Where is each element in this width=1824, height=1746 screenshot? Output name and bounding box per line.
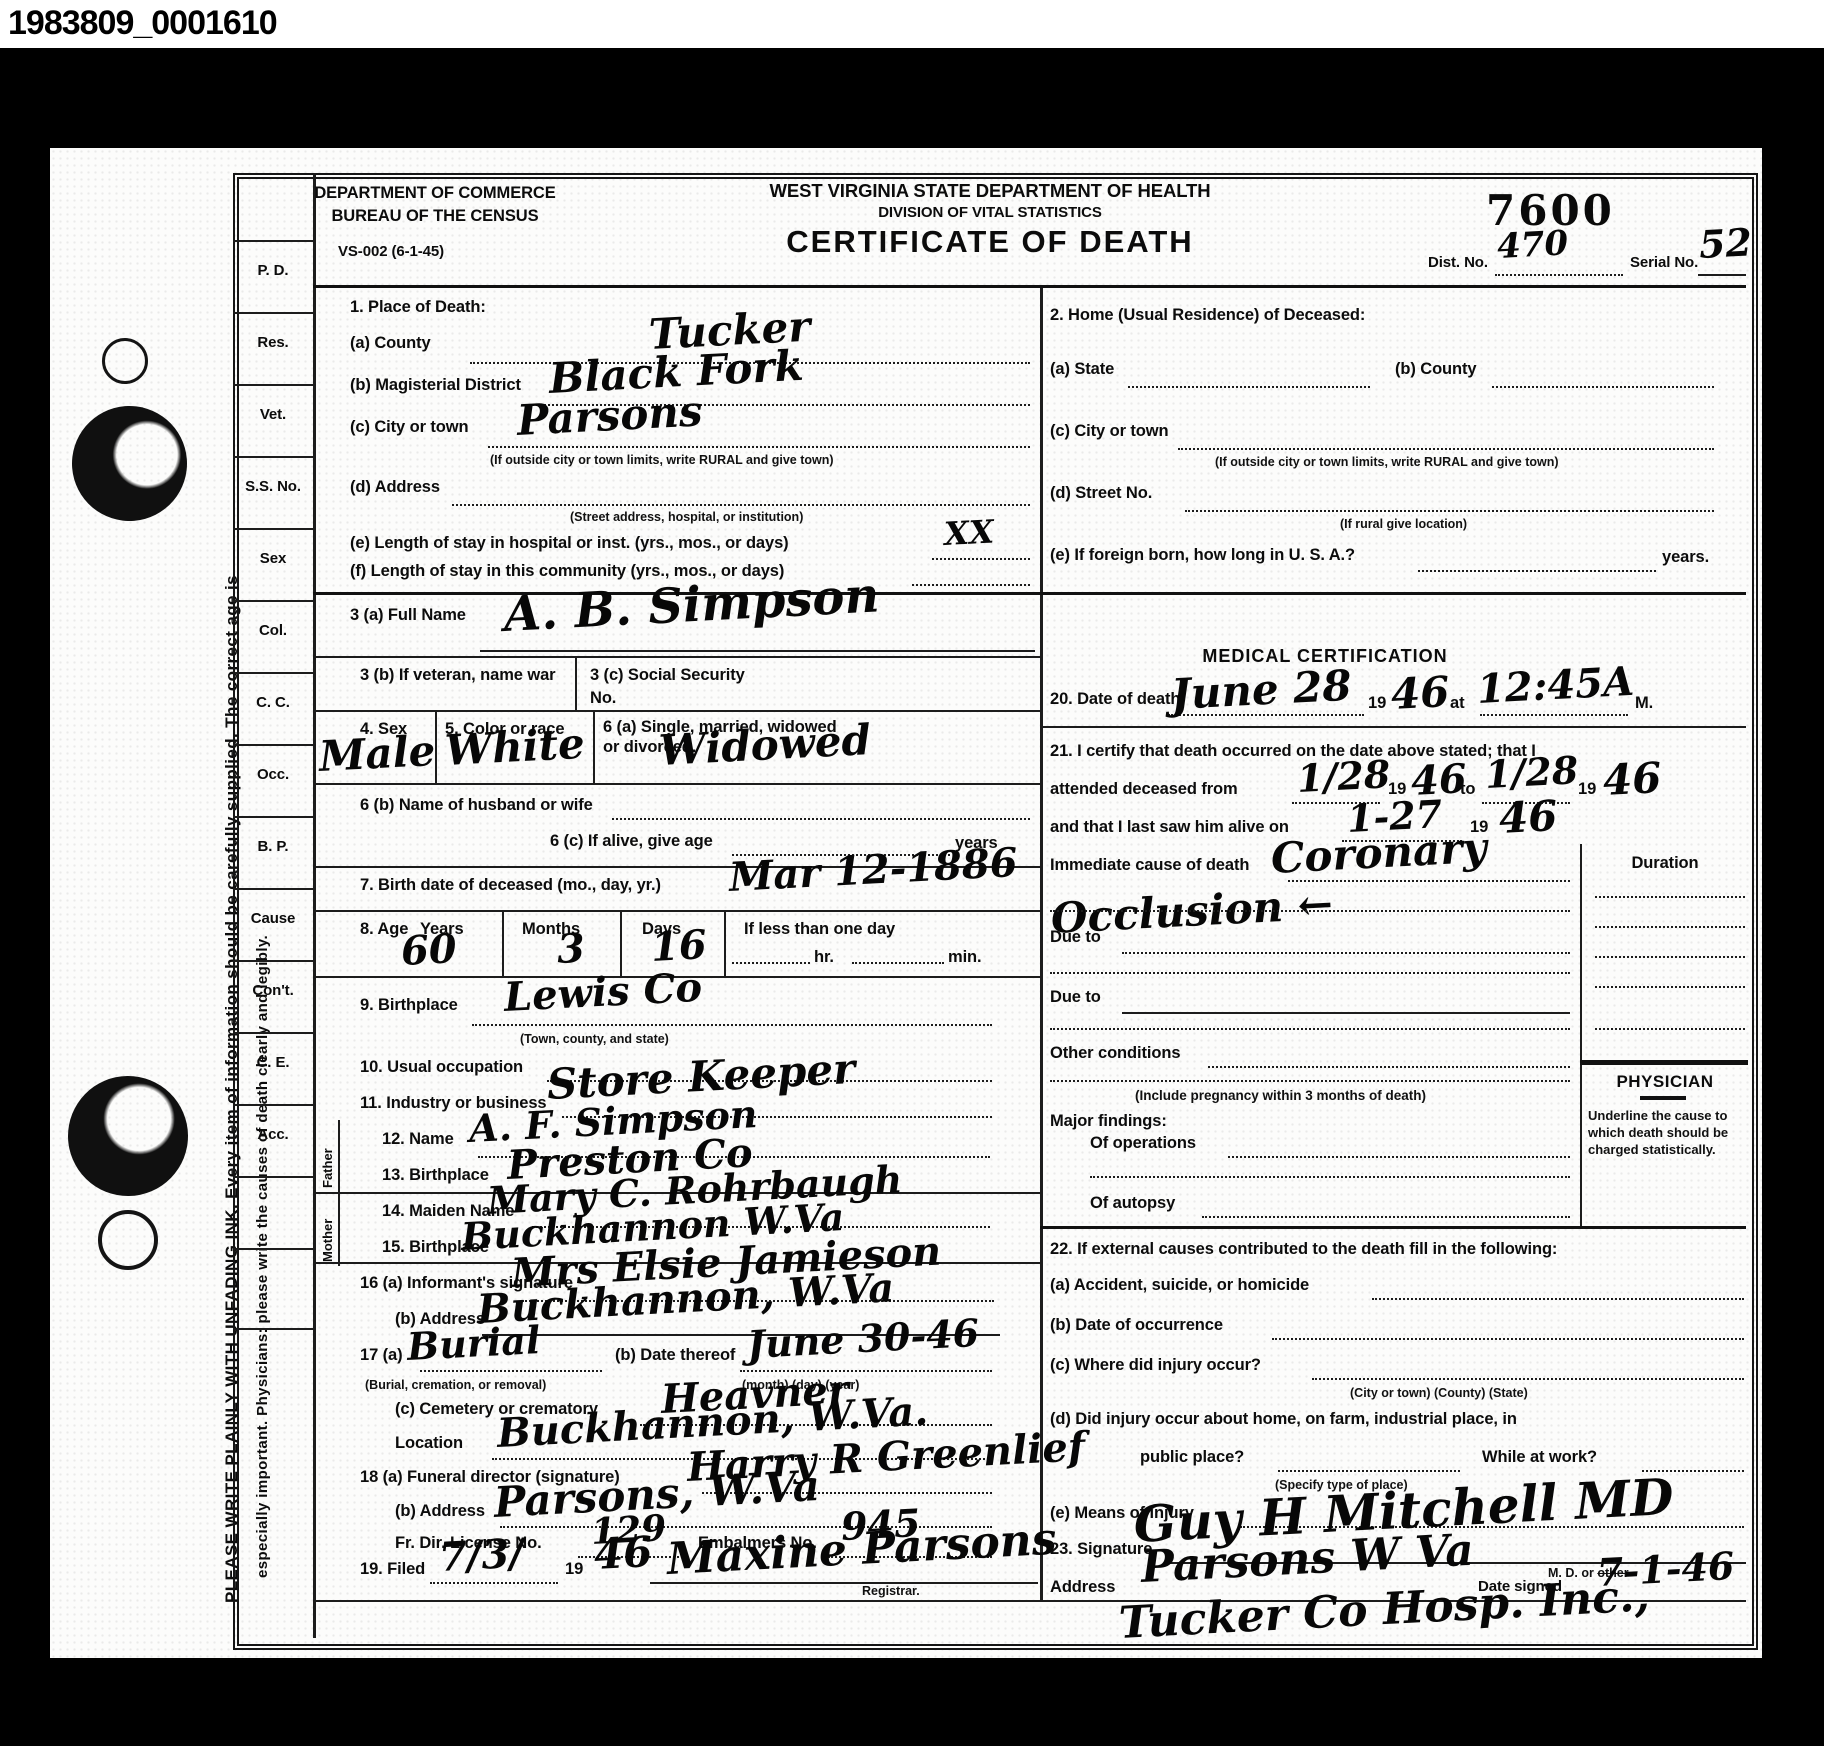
res-street-note: (If rural give location) — [1340, 517, 1467, 531]
other-conditions-line — [1208, 1066, 1570, 1068]
row-sep — [313, 710, 1040, 712]
where-injury-note: (City or town) (County) (State) — [1350, 1386, 1528, 1400]
serial-no-line — [1698, 274, 1746, 276]
external-heading: 22. If external causes contributed to th… — [1050, 1240, 1557, 1259]
where-injury-line — [1312, 1378, 1744, 1380]
age-hr-suffix: hr. — [814, 948, 834, 967]
autopsy-line — [1202, 1216, 1570, 1218]
certificate-page: PLEASE WRITE PLAINLY WITH UNFADING INK. … — [50, 148, 1762, 1658]
attended-to-label: to — [1460, 780, 1475, 799]
due-to-label: Due to — [1050, 928, 1101, 947]
cell-divider — [593, 710, 595, 783]
state-dept-line: WEST VIRGINIA STATE DEPARTMENT OF HEALTH — [610, 180, 1370, 201]
other-conditions-label: Other conditions — [1050, 1044, 1180, 1063]
pod-county-label: (a) County — [350, 334, 431, 353]
father-name-label: 12. Name — [382, 1130, 454, 1149]
father-birthplace-label: 13. Birthplace — [382, 1166, 489, 1185]
age-min-line — [852, 962, 944, 964]
spouse-age-label: 6 (c) If alive, give age — [550, 832, 713, 851]
side-label-sex: Sex — [233, 550, 313, 567]
accident-line — [1372, 1298, 1744, 1300]
pod-address-note: (Street address, hospital, or institutio… — [570, 510, 803, 524]
side-cell-line — [233, 528, 313, 530]
duration-blank-line — [1595, 986, 1745, 988]
birthplace-note: (Town, county, and state) — [520, 1032, 669, 1046]
full-name-line — [480, 650, 1035, 652]
res-county-line — [1492, 386, 1714, 388]
cemetery-location-label: Location — [395, 1434, 463, 1453]
dept-line2: BUREAU OF THE CENSUS — [270, 207, 600, 226]
age-years-value: 60 — [400, 931, 457, 970]
side-cell-line — [233, 1032, 313, 1034]
while-at-work-label: While at work? — [1482, 1448, 1597, 1467]
side-cell-line — [233, 456, 313, 458]
spouse-label: 6 (b) Name of husband or wife — [360, 796, 593, 815]
due-to2-label: Due to — [1050, 988, 1101, 1007]
side-label-ssno: S.S. No. — [233, 478, 313, 495]
race-value: White — [444, 725, 586, 770]
filed-label: 19. Filed — [360, 1560, 425, 1579]
duration-blank-line — [1595, 896, 1745, 898]
age-less-label: If less than one day — [744, 920, 895, 939]
serial-no-value: 52 — [1698, 225, 1753, 262]
pod-hospital-stay-line — [932, 558, 1030, 560]
pod-heading: 1. Place of Death: — [350, 298, 486, 317]
row-sep — [313, 656, 1040, 658]
side-cell-line — [233, 600, 313, 602]
pod-hospital-stay-value: XX — [943, 517, 994, 548]
age-min-suffix: min. — [948, 948, 982, 967]
side-label-pd: P. D. — [233, 262, 313, 279]
physician-heading: PHYSICIAN — [1580, 1072, 1750, 1092]
side-label-ce: C. E. — [233, 1054, 313, 1071]
cell-divider — [502, 910, 504, 976]
side-label-cause: Cause — [233, 910, 313, 927]
full-name-label: 3 (a) Full Name — [350, 606, 466, 625]
age-months-value: 3 — [556, 931, 586, 968]
main-column-divider — [1040, 285, 1043, 1600]
burial-type-value: Burial — [406, 1323, 541, 1364]
death-date-label: 20. Date of death — [1050, 690, 1180, 709]
filed-value: 7/3/ — [438, 1536, 525, 1576]
pregnancy-note: (Include pregnancy within 3 months of de… — [1135, 1088, 1426, 1104]
cause-line2 — [1050, 910, 1570, 912]
pod-city-note: (If outside city or town limits, write R… — [490, 453, 834, 467]
res-foreign-label: (e) If foreign born, how long in U. S. A… — [1050, 546, 1355, 565]
father-side-label: Father — [320, 1148, 335, 1188]
injury-place-label-line2: public place? — [1140, 1448, 1244, 1467]
side-cell-line — [233, 312, 313, 314]
res-city-note: (If outside city or town limits, write R… — [1215, 455, 1559, 469]
major-findings-label: Major findings: — [1050, 1112, 1167, 1131]
last-saw-label: and that I last saw him alive on — [1050, 818, 1289, 837]
death-date-value: June 28 — [1170, 667, 1352, 714]
side-cell-line — [233, 744, 313, 746]
physician-heading-underline — [1640, 1096, 1686, 1100]
division-line: DIVISION OF VITAL STATISTICS — [610, 204, 1370, 221]
side-label-cont: Con't. — [233, 982, 313, 999]
res-city-label: (c) City or town — [1050, 422, 1168, 441]
cause-label: Immediate cause of death — [1050, 856, 1249, 875]
side-cell-line — [233, 672, 313, 674]
res-heading: 2. Home (Usual Residence) of Deceased: — [1050, 306, 1365, 325]
pod-city-value: Parsons — [516, 392, 703, 439]
birthplace-label: 9. Birthplace — [360, 996, 458, 1015]
side-label-col: Col. — [233, 622, 313, 639]
attended-to-year: 46 — [1602, 759, 1662, 800]
side-column-divider — [313, 173, 316, 1638]
mother-side-label: Mother — [320, 1219, 335, 1262]
cell-divider — [724, 910, 726, 976]
scan-id-label: 1983809_0001610 — [8, 4, 277, 43]
age-days-value: 16 — [650, 927, 707, 966]
punch-hole-icon — [98, 1210, 158, 1270]
injury-place-line — [1278, 1470, 1460, 1472]
filed-year-value: 46 — [593, 1533, 653, 1574]
duration-blank-line — [1595, 1028, 1745, 1030]
physician-note: Underline the cause to which death shoul… — [1588, 1108, 1746, 1159]
filed-year-prefix: 19 — [565, 1560, 583, 1579]
physician-box-top-rule — [1580, 1060, 1748, 1065]
death-time-value: 12:45A — [1476, 664, 1635, 708]
side-cell-line — [233, 1104, 313, 1106]
birthplace-line — [472, 1024, 992, 1026]
attended-from-value: 1/28 — [1296, 757, 1391, 796]
dept-line1: DEPARTMENT OF COMMERCE — [270, 184, 600, 203]
pod-city-label: (c) City or town — [350, 418, 468, 437]
sex-value: Male — [318, 732, 436, 776]
punch-hole-icon — [57, 391, 202, 536]
side-cell-line — [233, 816, 313, 818]
res-county-label: (b) County — [1395, 360, 1476, 379]
death-time-line — [1480, 714, 1628, 716]
attended-label: attended deceased from — [1050, 780, 1238, 799]
scan-header-strip: 1983809_0001610 — [0, 0, 1824, 48]
occupation-label: 10. Usual occupation — [360, 1058, 523, 1077]
burial-type-note: (Burial, cremation, or removal) — [365, 1378, 546, 1392]
birthplace-value: Lewis Co — [503, 970, 703, 1016]
cause-value1: Coronary — [1270, 829, 1488, 878]
side-label-bp: B. P. — [233, 838, 313, 855]
autopsy-label: Of autopsy — [1090, 1194, 1175, 1213]
pod-hospital-stay-label: (e) Length of stay in hospital or inst. … — [350, 534, 789, 553]
side-label-vet: Vet. — [233, 406, 313, 423]
death-year-value: 46 — [1390, 673, 1450, 714]
side-cell-line — [233, 1328, 313, 1330]
side-cell-line — [233, 1248, 313, 1250]
punch-hole-icon — [102, 338, 148, 384]
form-code: VS-002 (6-1-45) — [338, 243, 444, 260]
age-hr-line — [732, 962, 810, 964]
punch-hole-icon — [57, 1065, 199, 1207]
pod-address-label: (d) Address — [350, 478, 440, 497]
side-label-acc: Acc. — [233, 1126, 313, 1143]
death-at-label: at — [1450, 694, 1464, 713]
left-column-bottom-line — [313, 1600, 1040, 1602]
side-cell-line — [233, 960, 313, 962]
row-sep — [1040, 726, 1746, 728]
birth-date-label: 7. Birth date of deceased (mo., day, yr.… — [360, 876, 661, 895]
pod-city-line — [488, 446, 1030, 448]
death-m-suffix: M. — [1635, 694, 1653, 713]
ssn-label: 3 (c) Social Security — [590, 666, 745, 685]
duration-box-border — [1580, 844, 1582, 1226]
pod-district-label: (b) Magisterial District — [350, 376, 521, 395]
due-to-cont-line — [1050, 972, 1570, 974]
certificate-title: CERTIFICATE OF DEATH — [610, 224, 1370, 260]
header-bottom-line — [313, 285, 1746, 288]
medical-bottom-line — [1040, 1226, 1746, 1229]
injury-place-label-line1: (d) Did injury occur about home, on farm… — [1050, 1410, 1517, 1429]
burial-date-label: (b) Date thereof — [615, 1346, 735, 1365]
dist-no-value: 470 — [1496, 228, 1568, 262]
row-sep — [313, 910, 1040, 912]
burial-date-value: June 30-46 — [746, 1316, 980, 1362]
filed-line — [430, 1582, 558, 1584]
side-cell-line — [233, 384, 313, 386]
res-street-line — [1185, 510, 1714, 512]
res-state-label: (a) State — [1050, 360, 1114, 379]
due-to2-cont-line — [1050, 1028, 1570, 1030]
duration-label: Duration — [1580, 854, 1750, 873]
dist-no-label: Dist. No. — [1428, 254, 1488, 271]
marital-value: Widowed — [658, 721, 872, 770]
ssn-label2: No. — [590, 689, 616, 708]
attended-to-year-prefix: 19 — [1578, 780, 1596, 799]
cell-divider — [575, 656, 577, 710]
last-saw-year: 46 — [1498, 797, 1558, 838]
due-to2-line — [1122, 1012, 1570, 1014]
res-foreign-suffix: years. — [1662, 548, 1709, 567]
accident-label: (a) Accident, suicide, or homicide — [1050, 1276, 1309, 1295]
physician-address-label: Address — [1050, 1578, 1115, 1597]
row-sep — [313, 783, 1040, 785]
pod-community-stay-line — [912, 584, 1030, 586]
duration-blank-line — [1595, 926, 1745, 928]
cell-divider — [620, 910, 622, 976]
burial-type-label: 17 (a) — [360, 1346, 403, 1365]
side-cell-line — [233, 888, 313, 890]
attended-to-value: 1/28 — [1484, 753, 1579, 792]
side-cell-line — [233, 240, 313, 242]
side-label-cc: C. C. — [233, 694, 313, 711]
operations-label: Of operations — [1090, 1134, 1196, 1153]
where-injury-label: (c) Where did injury occur? — [1050, 1356, 1261, 1375]
duration-blank-line — [1595, 956, 1745, 958]
operations-line — [1228, 1156, 1570, 1158]
occurrence-line — [1272, 1338, 1744, 1340]
veteran-label: 3 (b) If veteran, name war — [360, 666, 555, 685]
due-to-line — [1122, 952, 1570, 954]
side-label-res: Res. — [233, 334, 313, 351]
operations-cont-line — [1090, 1176, 1570, 1178]
res-foreign-line — [1418, 570, 1656, 572]
pod-address-line — [452, 504, 1030, 506]
director-address-label: (b) Address — [395, 1502, 485, 1521]
res-city-line — [1178, 448, 1714, 450]
dist-no-line — [1495, 274, 1623, 276]
registrar-label: Registrar. — [862, 1584, 920, 1598]
side-cell-line — [233, 1176, 313, 1178]
occurrence-label: (b) Date of occurrence — [1050, 1316, 1223, 1335]
spouse-line — [612, 818, 1030, 820]
death-year-prefix: 19 — [1368, 694, 1386, 713]
side-label-occ: Occ. — [233, 766, 313, 783]
other-cont-line — [1050, 1080, 1570, 1082]
res-street-label: (d) Street No. — [1050, 484, 1152, 503]
res-state-line — [1128, 386, 1370, 388]
burial-type-line — [420, 1370, 602, 1372]
serial-no-label: Serial No. — [1630, 254, 1698, 271]
